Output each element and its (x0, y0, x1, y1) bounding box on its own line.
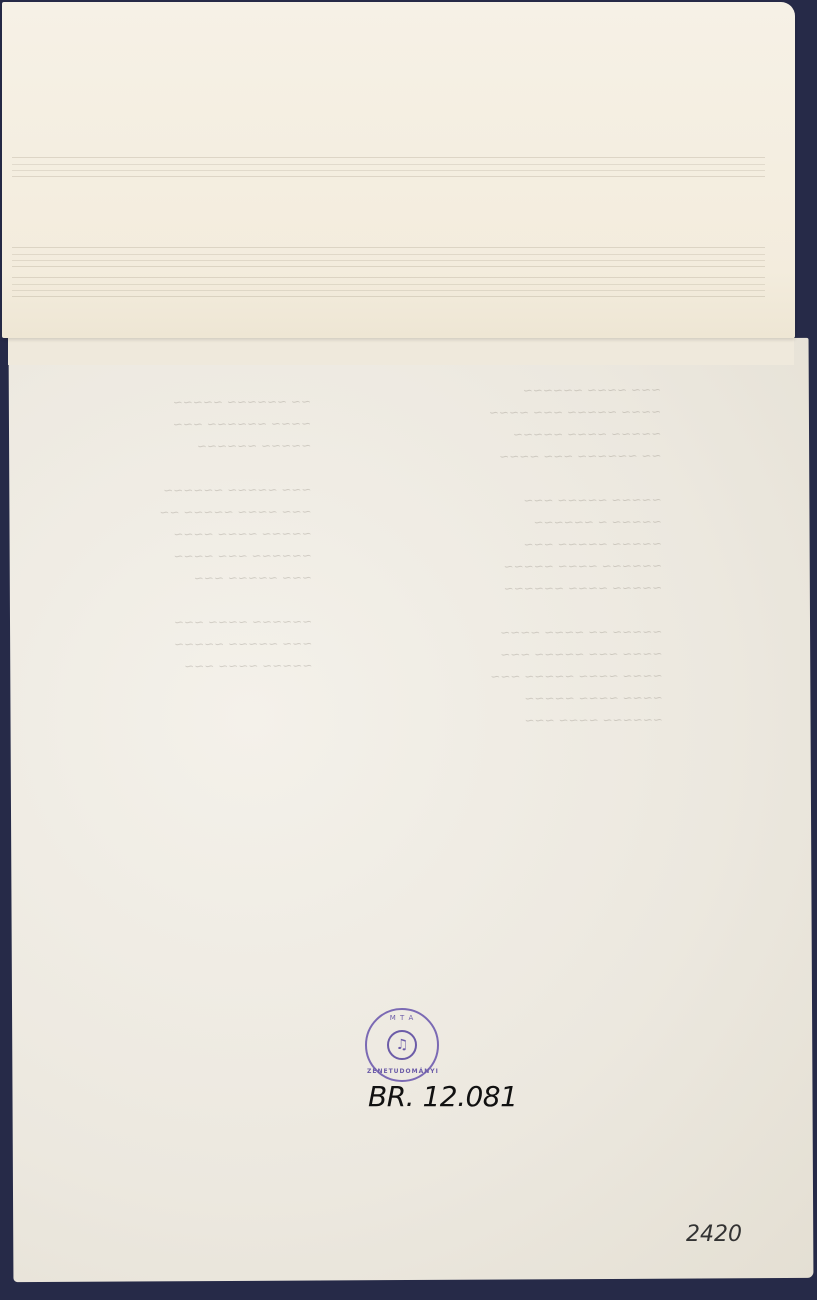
lower-manuscript-sheet: ~~~ ~~~~ ~~~~~~ ~~~~ ~~~~~ ~~~ ~~~~ ~~~~… (9, 338, 814, 1282)
music-staff (12, 247, 765, 267)
stamp-emblem-icon: ♫ (387, 1030, 417, 1060)
bleed-through-text-left-column: ~~ ~~~~~~ ~~~~~ ~~~~ ~~~~~~ ~~~ ~~~~~ ~~… (159, 391, 313, 678)
music-staff (12, 277, 765, 297)
bleed-through-text-right-column: ~~~ ~~~~ ~~~~~~ ~~~~ ~~~~~ ~~~ ~~~~ ~~~~… (489, 379, 663, 732)
stamp-ring-top: M T A (367, 1014, 437, 1022)
paper-fold-strip (8, 336, 794, 365)
shelfmark-number: BR. 12.081 (368, 1080, 517, 1113)
upper-music-manuscript-sheet (2, 2, 795, 338)
music-staff (12, 157, 765, 177)
library-stamp: M T A ♫ ZENETUDOMÁNYI (365, 1008, 439, 1082)
inventory-number: 2420 (686, 1222, 742, 1247)
stamp-ring-bottom: ZENETUDOMÁNYI (367, 1068, 437, 1075)
